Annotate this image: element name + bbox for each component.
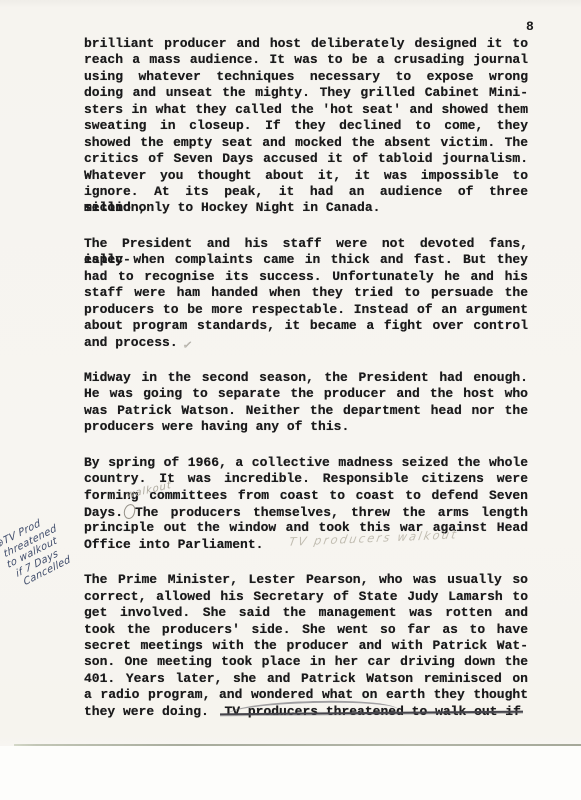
typed-line: was Patrick Watson. Neither the departme… [84,403,528,419]
scanned-document-page: 8 brilliant producer and host deliberate… [0,0,581,800]
typed-line: second only to Hockey Night in Canada. [84,200,528,216]
paragraph: The President and his staff were not dev… [84,236,528,351]
typed-text: brilliant producer and host deliberately… [84,36,528,739]
typed-line: showed the empty seat and mocked the abs… [84,135,528,151]
typed-line: doing and unseat the mighty. They grille… [84,85,528,101]
pencil-circle-insertion-mark [123,503,137,520]
scan-background [0,746,581,800]
typed-line: using whatever techniques necessary to e… [84,69,528,85]
paragraph: The Prime Minister, Lester Pearson, who … [84,572,528,720]
typed-line: and process.✓ [84,334,528,350]
paragraph: brilliant producer and host deliberately… [84,36,528,217]
typed-line: By spring of 1966, a collective madness … [84,455,528,471]
typed-line: He was going to separate the producer an… [84,386,528,402]
struck-through-text: TV producers threatened to walk out if [224,704,520,719]
typed-line: ignore. At its peak, it had an audience … [84,184,528,200]
typed-line: get involved. She said the management wa… [84,605,528,621]
typed-line: critics of Seven Days accused it of tabl… [84,151,528,167]
paragraph: Midway in the second season, the Preside… [84,370,528,436]
typed-line: Midway in the second season, the Preside… [84,370,528,386]
typed-line: they were doing. TV producers threatened… [84,704,528,720]
pencil-check-mark: ✓ [181,337,193,355]
typed-line: Days.The producers themselves, threw the… [84,504,528,520]
typed-line: producers were having any of this. [84,419,528,435]
typed-line: secret meetings with the producer and wi… [84,638,528,654]
typed-line: The Prime Minister, Lester Pearson, who … [84,572,528,588]
typed-line: staff were ham handed when they tried to… [84,285,528,301]
typed-line: ially when complaints came in thick and … [84,252,528,268]
typed-line: The President and his staff were not dev… [84,236,528,252]
typed-line: brilliant producer and host deliberately… [84,36,528,52]
typed-line: had to recognise its success. Unfortunat… [84,269,528,285]
typed-line: sters in what they called the 'hot seat'… [84,102,528,118]
page-number: 8 [526,19,534,34]
typed-line: took the producers' side. She went so fa… [84,622,528,638]
typed-line: sweating in closeup. If they declined to… [84,118,528,134]
typed-line: 401. Years later, she and Patrick Watson… [84,671,528,687]
typed-line: Whatever you thought about it, it was im… [84,168,528,184]
typed-line: producers to be more respectable. Instea… [84,302,528,318]
typed-line: reach a mass audience. It was to be a cr… [84,52,528,68]
typed-line: son. One meeting took place in her car d… [84,654,528,670]
typed-line: correct, allowed his Secretary of State … [84,589,528,605]
typed-line: about program standards, it became a fig… [84,318,528,334]
